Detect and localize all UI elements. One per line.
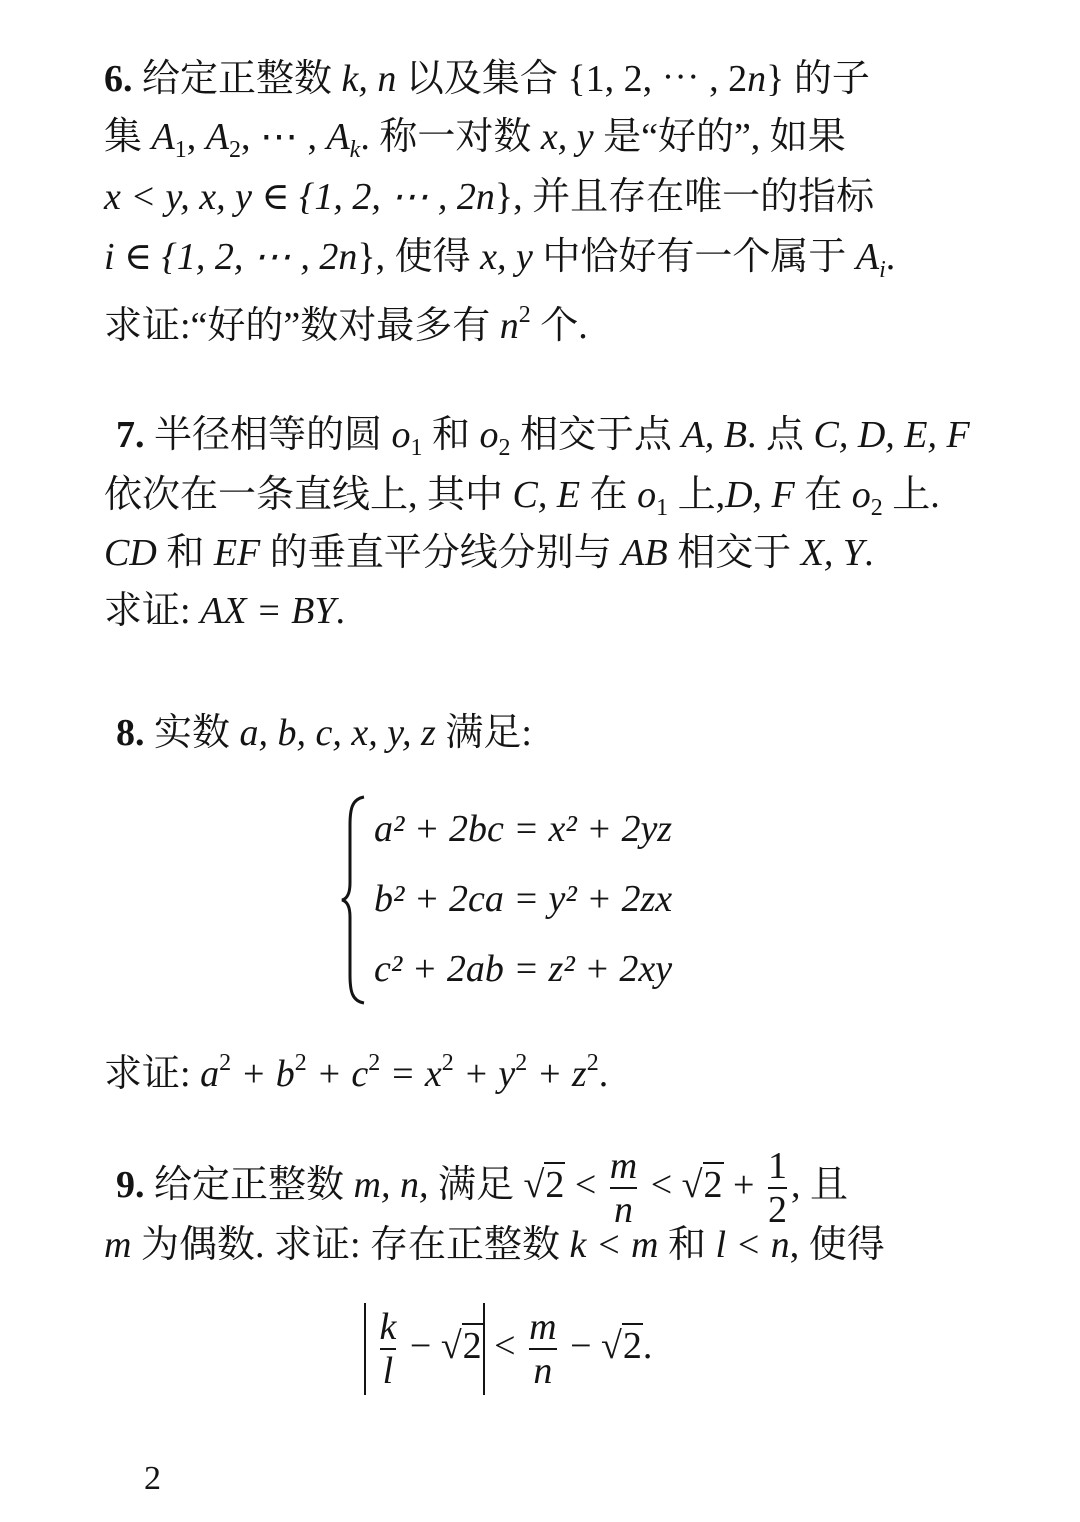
equation-1: a² + 2bc = x² + 2yz — [374, 807, 672, 851]
problem-7-line-3: CD 和 EF 的垂直平分线分别与 AB 相交于 X, Y. — [104, 530, 874, 576]
problem-6-line-3: x < y, x, y ∈ {1, 2, ⋯ , 2n}, 并且存在唯一的指标 — [104, 174, 874, 220]
problem-7-line-4: 求证: AX = BY. — [104, 588, 345, 634]
page-number: 2 — [144, 1460, 161, 1498]
problem-7-line-1: 7. 半径相等的圆 o1 和 o2 相交于点 A, B. 点 C, D, E, … — [116, 412, 970, 471]
abs-bar-right — [483, 1303, 485, 1395]
problem-number: 9. — [116, 1164, 145, 1206]
problem-6-line-4: i ∈ {1, 2, ⋯ , 2n}, 使得 x, y 中恰好有一个属于 Ai. — [104, 234, 895, 293]
problem-7-line-2: 依次在一条直线上, 其中 C, E 在 o1 上,D, F 在 o2 上. — [104, 472, 940, 531]
fraction-m-over-n: mn — [529, 1308, 556, 1390]
problem-6-line-5: 求证:“好的”数对最多有 n2 个. — [104, 292, 588, 349]
problem-8-intro: 8. 实数 a, b, c, x, y, z 满足: — [116, 710, 532, 756]
fraction-one-half: 12 — [768, 1147, 787, 1229]
problem-8-conclusion: 求证: 求证: a² + b² + c² = x² + y² + z². a2 … — [104, 1040, 608, 1097]
left-brace-icon — [340, 795, 370, 1005]
problem-6-line-2: 集 A1, A2, ⋯ , Ak. 称一对数 x, y 是“好的”, 如果 — [104, 114, 846, 173]
sqrt-2: √2 — [523, 1162, 565, 1206]
problem-number: 6. — [104, 58, 133, 100]
abs-bar-left — [364, 1303, 366, 1395]
problem-number: 8. — [116, 712, 145, 754]
problem-number: 7. — [116, 414, 145, 456]
fraction-m-over-n: mn — [610, 1147, 637, 1229]
problem-9-line-2: m 为偶数. 求证: 存在正整数 k < m 和 l < n, 使得 — [104, 1222, 885, 1268]
problem-6-line-1: 6. 给定正整数 k, n 以及集合 {1, 2, ⋯ , 2n} 的子 — [104, 56, 870, 102]
equation-3: c² + 2ab = z² + 2xy — [374, 947, 672, 991]
fraction-k-over-l: kl — [380, 1308, 397, 1390]
equation-system: a² + 2bc = x² + 2yz b² + 2ca = y² + 2zx … — [340, 795, 760, 1005]
problem-9-line-1: 9. 给定正整数 m, n, 满足 √2 < mn < √2 + 12, 且 — [116, 1140, 848, 1230]
problem-9-display-inequality: kl − √2 < mn − √2. — [364, 1296, 652, 1396]
equation-2: b² + 2ca = y² + 2zx — [374, 877, 672, 921]
